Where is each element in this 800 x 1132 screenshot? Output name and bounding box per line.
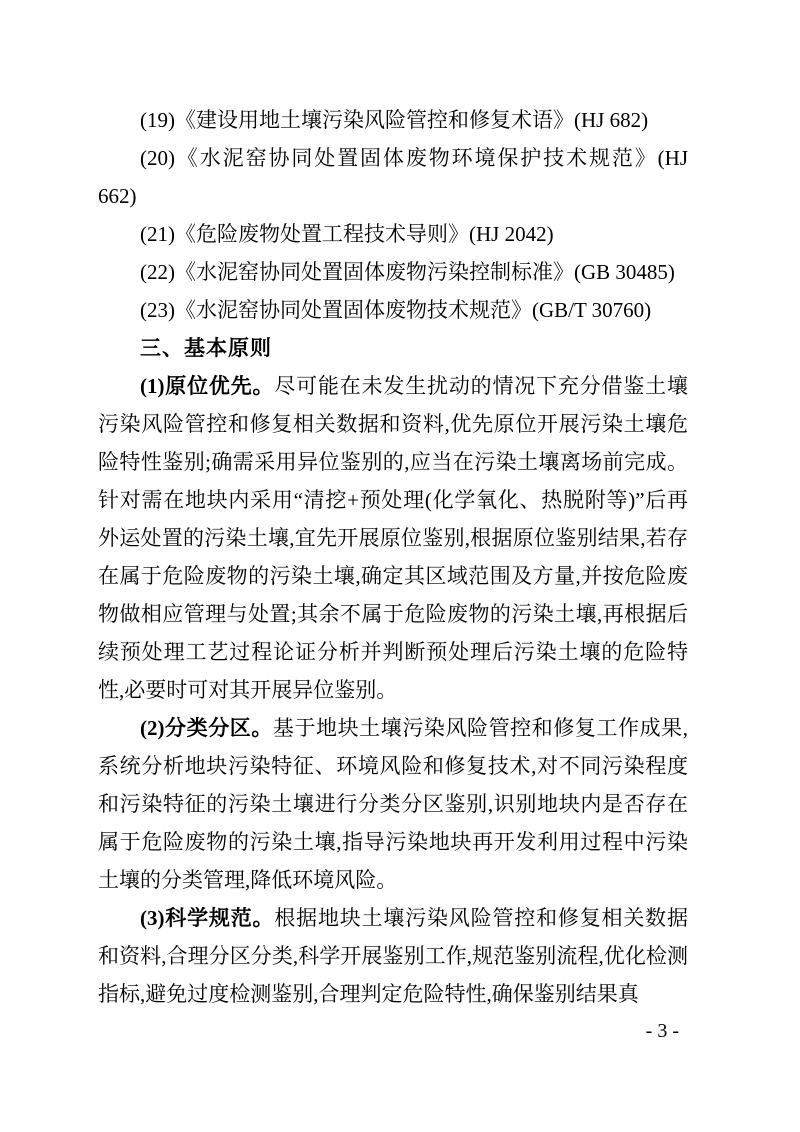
paragraph-2-lead: (2)分类分区。 [140, 716, 273, 740]
paragraph-1-body: 尽可能在未发生扰动的情况下充分借鉴土壤污染风险管控和修复相关数据和资料,优先原位… [98, 374, 688, 702]
page-number: - 3 - [646, 1012, 679, 1050]
reference-item-21: (21)《危险废物处置工程技术导则》(HJ 2042) [98, 215, 688, 253]
paragraph-principle-1: (1)原位优先。尽可能在未发生扰动的情况下充分借鉴土壤污染风险管控和修复相关数据… [98, 367, 688, 709]
reference-item-19: (19)《建设用地土壤污染风险管控和修复术语》(HJ 682) [98, 101, 688, 139]
reference-item-20: (20)《水泥窑协同处置固体废物环境保护技术规范》(HJ 662) [98, 139, 688, 215]
section-heading: 三、基本原则 [98, 329, 688, 367]
paragraph-3-lead: (3)科学规范。 [140, 906, 274, 930]
paragraph-2-body: 基于地块土壤污染风险管控和修复工作成果,系统分析地块污染特征、环境风险和修复技术… [98, 716, 688, 892]
document-page: (19)《建设用地土壤污染风险管控和修复术语》(HJ 682) (20)《水泥窑… [0, 0, 800, 1132]
paragraph-1-lead: (1)原位优先。 [140, 374, 274, 398]
paragraph-principle-3: (3)科学规范。根据地块土壤污染风险管控和修复相关数据和资料,合理分区分类,科学… [98, 899, 688, 1013]
document-body: (19)《建设用地土壤污染风险管控和修复术语》(HJ 682) (20)《水泥窑… [98, 101, 688, 1013]
reference-item-23: (23)《水泥窑协同处置固体废物技术规范》(GB/T 30760) [98, 291, 688, 329]
reference-item-22: (22)《水泥窑协同处置固体废物污染控制标准》(GB 30485) [98, 253, 688, 291]
paragraph-principle-2: (2)分类分区。基于地块土壤污染风险管控和修复工作成果,系统分析地块污染特征、环… [98, 709, 688, 899]
